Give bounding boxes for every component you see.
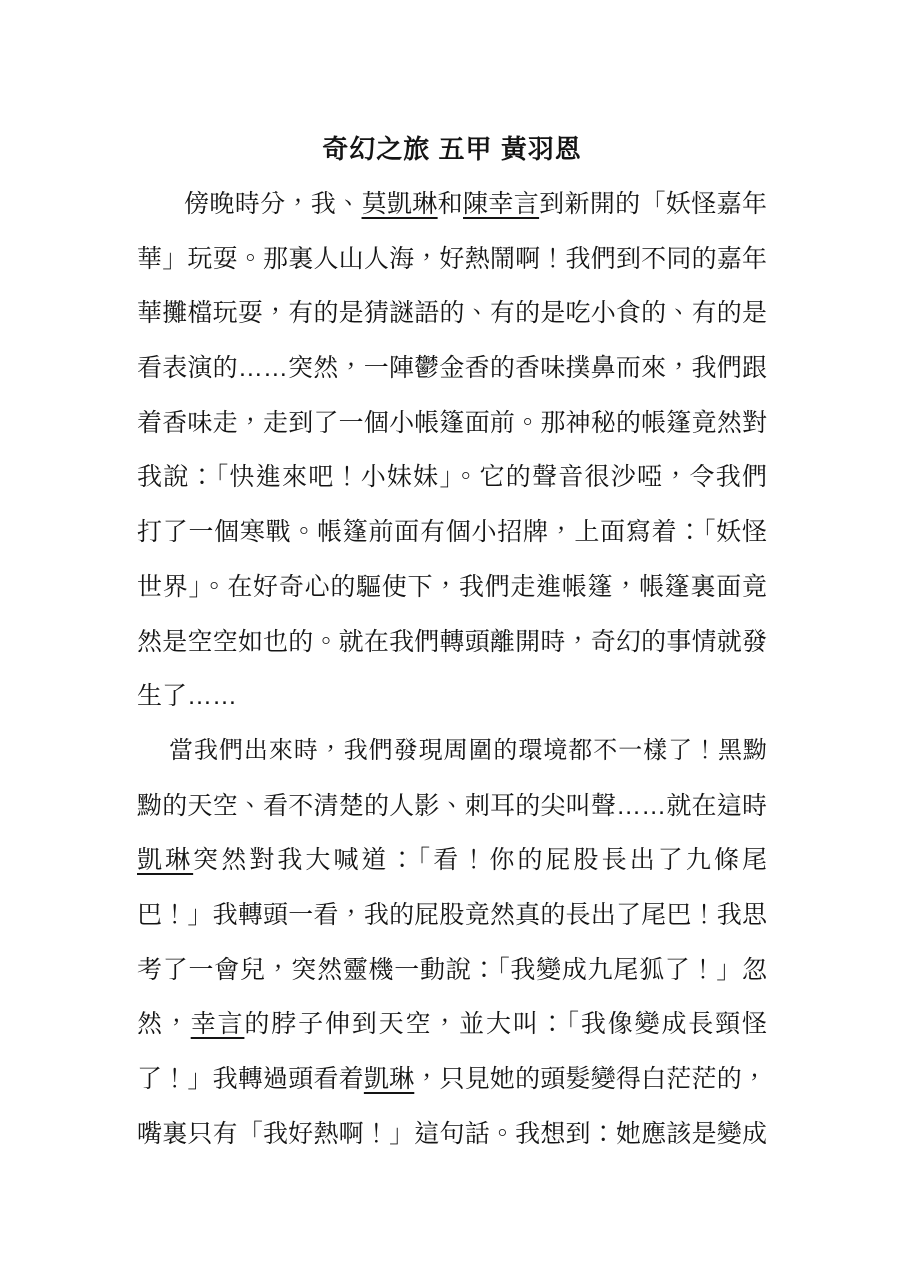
essay-line: 了！」我轉過頭看着凱琳，只見她的頭髮變得白茫茫的， (137, 1052, 767, 1107)
document-page: 奇幻之旅 五甲 黃羽恩 傍晚時分，我、莫凱琳和陳幸言到新開的「妖怪嘉年華」玩耍。… (0, 0, 905, 1280)
essay-line: 打了一個寒戰。帳篷前面有個小招牌，上面寫着：「妖怪 (137, 505, 767, 560)
essay-line: 然是空空如也的。就在我們轉頭離開時，奇幻的事情就發 (137, 615, 767, 670)
essay-line: 嘴裏只有「我好熱啊！」這句話。我想到：她應該是變成 (137, 1107, 767, 1162)
essay-line: 看表演的……突然，一陣鬱金香的香味撲鼻而來，我們跟 (137, 341, 767, 396)
underlined-name: 莫凱琳 (362, 190, 438, 218)
essay-line: 華攤檔玩耍，有的是猜謎語的、有的是吃小食的、有的是 (137, 286, 767, 341)
essay-line: 考了一會兒，突然靈機一動說：「我變成九尾狐了！」忽 (137, 943, 767, 998)
text-run: 傍晚時分，我、 (184, 190, 362, 218)
text-run: 然是空空如也的。就在我們轉頭離開時，奇幻的事情就發 (137, 628, 767, 656)
essay-line: 華」玩耍。那裏人山人海，好熱鬧啊！我們到不同的嘉年 (137, 232, 767, 287)
paragraph-1: 傍晚時分，我、莫凱琳和陳幸言到新開的「妖怪嘉年華」玩耍。那裏人山人海，好熱鬧啊！… (137, 177, 767, 724)
text-run: 然， (137, 1010, 191, 1038)
essay-line: 着香味走，走到了一個小帳篷面前。那神秘的帳篷竟然對 (137, 396, 767, 451)
underlined-name: 凱琳 (137, 846, 193, 874)
text-run: 到新開的「妖怪嘉年 (539, 190, 767, 218)
text-run: 看表演的……突然，一陣鬱金香的香味撲鼻而來，我們跟 (137, 354, 767, 382)
essay-line: 當我們出來時，我們發現周圍的環境都不一樣了！黑黝 (137, 724, 767, 779)
text-run: 打了一個寒戰。帳篷前面有個小招牌，上面寫着：「妖怪 (137, 518, 767, 546)
text-run: 嘴裏只有「我好熱啊！」這句話。我想到：她應該是變成 (137, 1120, 767, 1148)
text-run: 當我們出來時，我們發現周圍的環境都不一樣了！黑黝 (169, 737, 767, 764)
paragraph-2: 當我們出來時，我們發現周圍的環境都不一樣了！黑黝黝的天空、看不清楚的人影、刺耳的… (137, 724, 767, 1162)
text-run: 生了…… (137, 682, 237, 710)
underlined-name: 幸言 (191, 1010, 245, 1038)
essay-line: 巴！」我轉頭一看，我的屁股竟然真的長出了尾巴！我思 (137, 888, 767, 943)
essay-line: 黝的天空、看不清楚的人影、刺耳的尖叫聲……就在這時 (137, 779, 767, 834)
text-run: 突然對我大喊道：「看！你的屁股長出了九條尾 (193, 846, 767, 874)
essay-line: 我說：「快進來吧！小妹妹」。它的聲音很沙啞，令我們 (137, 450, 767, 505)
text-run: 黝的天空、看不清楚的人影、刺耳的尖叫聲……就在這時 (137, 792, 767, 820)
text-run: 巴！」我轉頭一看，我的屁股竟然真的長出了尾巴！我思 (137, 901, 767, 929)
text-run: 考了一會兒，突然靈機一動說：「我變成九尾狐了！」忽 (137, 956, 767, 984)
text-run: 世界」。在好奇心的驅使下，我們走進帳篷，帳篷裏面竟 (137, 573, 767, 601)
essay-line: 生了…… (137, 669, 767, 724)
essay-line: 然，幸言的脖子伸到天空，並大叫：「我像變成長頸怪 (137, 997, 767, 1052)
essay-title: 奇幻之旅 五甲 黃羽恩 (137, 122, 767, 177)
underlined-name: 陳幸言 (463, 190, 539, 218)
text-run: 着香味走，走到了一個小帳篷面前。那神秘的帳篷竟然對 (137, 409, 767, 437)
essay-body: 傍晚時分，我、莫凱琳和陳幸言到新開的「妖怪嘉年華」玩耍。那裏人山人海，好熱鬧啊！… (137, 177, 767, 1161)
text-run: ，只見她的頭髮變得白茫茫的， (414, 1065, 767, 1093)
text-run: 的脖子伸到天空，並大叫：「我像變成長頸怪 (244, 1010, 767, 1038)
essay-line: 世界」。在好奇心的驅使下，我們走進帳篷，帳篷裏面竟 (137, 560, 767, 615)
underlined-name: 凱琳 (364, 1065, 414, 1093)
essay-line: 傍晚時分，我、莫凱琳和陳幸言到新開的「妖怪嘉年 (137, 177, 767, 232)
text-run: 了！」我轉過頭看着 (137, 1065, 364, 1093)
text-run: 華攤檔玩耍，有的是猜謎語的、有的是吃小食的、有的是 (137, 299, 767, 327)
document-content: 奇幻之旅 五甲 黃羽恩 傍晚時分，我、莫凱琳和陳幸言到新開的「妖怪嘉年華」玩耍。… (137, 122, 767, 1161)
text-run: 華」玩耍。那裏人山人海，好熱鬧啊！我們到不同的嘉年 (137, 245, 767, 273)
essay-line: 凱琳突然對我大喊道：「看！你的屁股長出了九條尾 (137, 833, 767, 888)
text-run: 我說：「快進來吧！小妹妹」。它的聲音很沙啞，令我們 (137, 463, 767, 491)
text-run: 和 (438, 190, 463, 218)
